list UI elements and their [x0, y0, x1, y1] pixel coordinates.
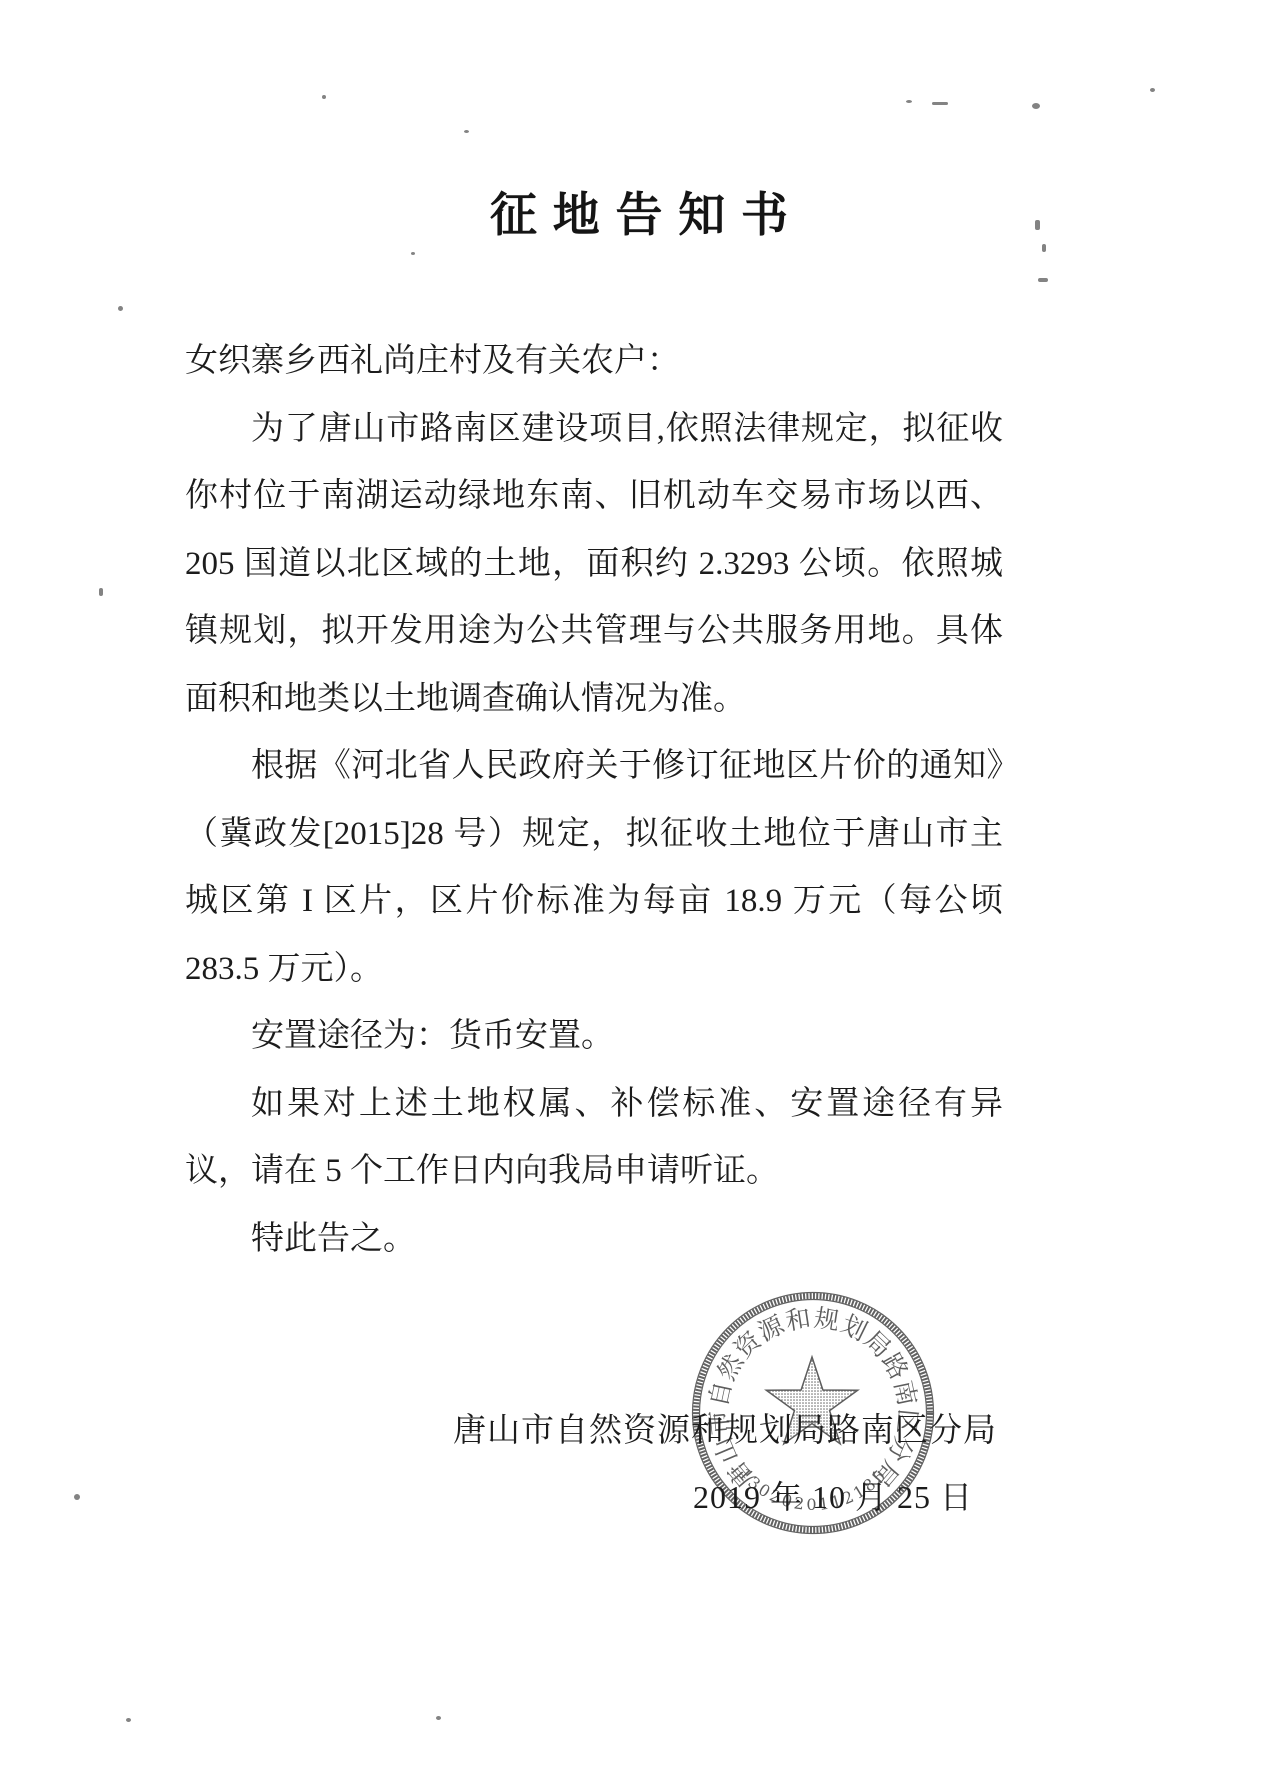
scan-speck — [74, 1494, 80, 1500]
scan-speck — [1150, 88, 1155, 92]
page-title: 征 地 告 知 书 — [0, 178, 1280, 245]
scan-speck — [464, 130, 469, 133]
issue-date: 2019 年 10 月 25 日 — [693, 1472, 973, 1518]
notice-paragraph: 根据《河北省人民政府关于修订征地区片价的通知》（冀政发[2015]28 号）规定… — [185, 733, 1003, 1003]
issuing-authority-signature: 唐山市自然资源和规划局路南区分局 — [453, 1404, 997, 1451]
scan-speck — [322, 95, 326, 99]
addressee-line: 女织寨乡西礼尚庄村及有关农户： — [185, 328, 1003, 396]
scan-speck — [436, 1716, 441, 1720]
notice-paragraph: 如果对上述土地权属、补偿标准、安置途径有异议，请在 5 个工作日内向我局申请听证… — [185, 1071, 1003, 1206]
scanned-notice-page: 征 地 告 知 书 女织寨乡西礼尚庄村及有关农户： 为了唐山市路南区建设项目,依… — [0, 0, 1280, 1778]
scan-speck — [118, 306, 123, 311]
scan-speck — [99, 588, 103, 596]
scan-speck — [1032, 103, 1040, 109]
scan-speck — [411, 252, 415, 255]
scan-speck — [906, 100, 912, 103]
notice-paragraph: 为了唐山市路南区建设项目,依照法律规定，拟征收你村位于南湖运动绿地东南、旧机动车… — [185, 396, 1003, 734]
notice-paragraph: 安置途径为：货币安置。 — [185, 1003, 1003, 1071]
scan-speck — [932, 102, 948, 105]
scan-speck — [1042, 244, 1046, 252]
notice-body: 女织寨乡西礼尚庄村及有关农户： 为了唐山市路南区建设项目,依照法律规定，拟征收你… — [185, 328, 1003, 1273]
notice-paragraph: 特此告之。 — [185, 1206, 1003, 1274]
scan-speck — [126, 1718, 131, 1722]
scan-speck — [1038, 278, 1048, 282]
